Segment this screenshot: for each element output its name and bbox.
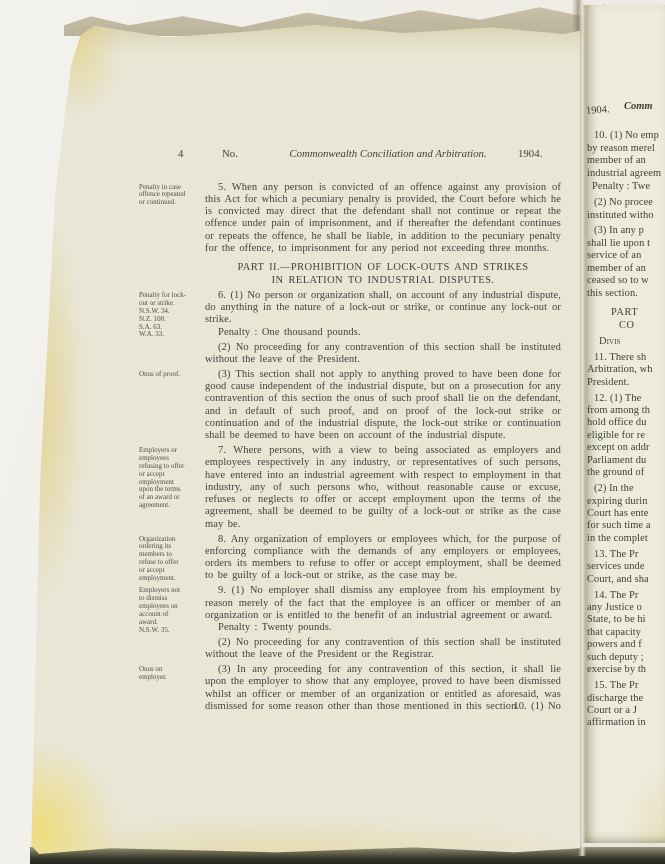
statute-text: 5. When any person is convicted of an of… [205,182,561,256]
statute-block: (2) No proceeding for any contravention … [205,637,561,662]
next-page-line: the ground of [587,467,665,479]
next-page-line: 15. The Pr [587,680,665,692]
margin-note: Penalty for lock- out or strike. N.S.W. … [139,292,199,339]
next-page-year: 1904. [586,104,610,117]
margin-note: Onus of proof. [139,371,199,379]
next-page-line: (2) In the [587,483,665,495]
next-page-line: this section. [587,288,665,300]
statute-text: 9. (1) No employer shall dismiss any emp… [205,585,561,622]
statute-block: Penalty : Twenty pounds. [205,622,561,634]
statute-block: Penalty for lock- out or strike. N.S.W. … [205,290,561,327]
next-page-line: Court, and sha [587,574,665,586]
statute-block: 10. (1) No [205,701,561,713]
running-title: Commonwealth Conciliation and Arbitratio… [268,148,508,160]
next-page-line: except on addr [587,442,665,454]
next-page-line: 13. The Pr [587,549,665,561]
statute-text: (3) This section shall not apply to anyt… [205,369,561,443]
statute-text: 8. Any organization of employers or empl… [205,534,561,583]
statute-text: Penalty : Twenty pounds. [205,622,561,634]
margin-note: Employers not to dismiss employees on ac… [139,587,199,634]
statute-block: PART II.—PROHIBITION OF LOCK-OUTS AND ST… [205,262,561,287]
margin-note: Organization ordering its members to ref… [139,536,199,583]
next-page-line: (3) In any p [587,225,665,237]
statute-block: Employers or employees refusing to offer… [205,445,561,531]
next-page-line: in the complet [587,533,665,545]
statute-block: (2) No proceeding for any contravention … [205,342,561,367]
next-page-line: CO [587,320,665,332]
next-page-line: affirmation in [587,717,665,729]
next-page-line: State, to be hi [587,614,665,626]
next-page-line: such deputy ; [587,652,665,664]
next-page-line: hold office du [587,417,665,429]
next-page-line: by reason merel [587,143,665,155]
statute-text: 10. (1) No [205,701,561,713]
statute-block: Penalty : One thousand pounds. [205,327,561,339]
year: 1904. [518,148,542,160]
next-page-line: for such time a [587,520,665,532]
next-page-line: any Justice o [587,602,665,614]
next-page-line: services unde [587,561,665,573]
statute-text: (2) No proceeding for any contravention … [205,637,561,662]
margin-note: Penalty in case offence repeated or cont… [139,184,199,208]
next-page-text: 10. (1) No empby reason merelmember of a… [587,127,665,730]
next-page-line: member of an [587,155,665,167]
next-page-line: Court or a J [587,705,665,717]
statute-block: Organization ordering its members to ref… [205,534,561,583]
statute-block: Penalty in case offence repeated or cont… [205,182,561,256]
next-page-line: Court has ente [587,508,665,520]
next-page-line: 10. (1) No emp [587,130,665,142]
next-page-line: discharge the [587,693,665,705]
next-page-line: ceased so to w [587,275,665,287]
next-page-line: from among th [587,405,665,417]
next-page-line: eligible for re [587,430,665,442]
statute-text: Penalty : One thousand pounds. [205,327,561,339]
act-number-label: No. [222,148,238,160]
statute-text: 7. Where persons, with a view to being a… [205,445,561,531]
next-page-line: Arbitration, wh [587,364,665,376]
margin-note: Employers or employees refusing to offer… [139,447,199,510]
page-number: 4 [178,148,183,160]
next-page-line: shall lie upon t [587,238,665,250]
next-page-line: Parliament du [587,455,665,467]
book-page-main: 4 No. Commonwealth Conciliation and Arbi… [28,24,580,854]
next-page-line: powers and f [587,639,665,651]
statute-text: (2) No proceeding for any contravention … [205,342,561,367]
next-page-line: expiring durin [587,496,665,508]
statute-block: Onus of proof. (3) This section shall no… [205,369,561,443]
book-scan-photo: 1904. Comm 10. (1) No empby reason merel… [0,0,665,864]
next-page-line: that capacity [587,627,665,639]
next-page-title-fragment: Comm [624,101,653,112]
next-page-line: PART [587,307,665,319]
statute-text: 6. (1) No person or organization shall, … [205,290,561,327]
next-page-line: (2) No procee [587,197,665,209]
next-page-line: service of an [587,250,665,262]
book-page-next: 1904. Comm 10. (1) No empby reason merel… [583,5,665,843]
next-page-line: instituted witho [587,210,665,222]
page-header: 4 No. Commonwealth Conciliation and Arbi… [28,148,580,164]
statute-body: Penalty in case offence repeated or cont… [205,179,561,713]
statute-block: Employers not to dismiss employees on ac… [205,585,561,622]
next-page-line: 14. The Pr [587,590,665,602]
next-page-line: Penalty : Twe [587,181,665,193]
next-page-line: 11. There sh [587,352,665,364]
next-page-line: Divis [587,336,665,348]
statute-text: PART II.—PROHIBITION OF LOCK-OUTS AND ST… [205,262,561,287]
next-page-line: member of an [587,263,665,275]
next-page-line: 12. (1) The [587,393,665,405]
next-page-line: President. [587,377,665,389]
margin-note: Onus on employer. [139,666,199,682]
next-page-line: exercise by th [587,664,665,676]
next-page-line: industrial agreem [587,168,665,180]
